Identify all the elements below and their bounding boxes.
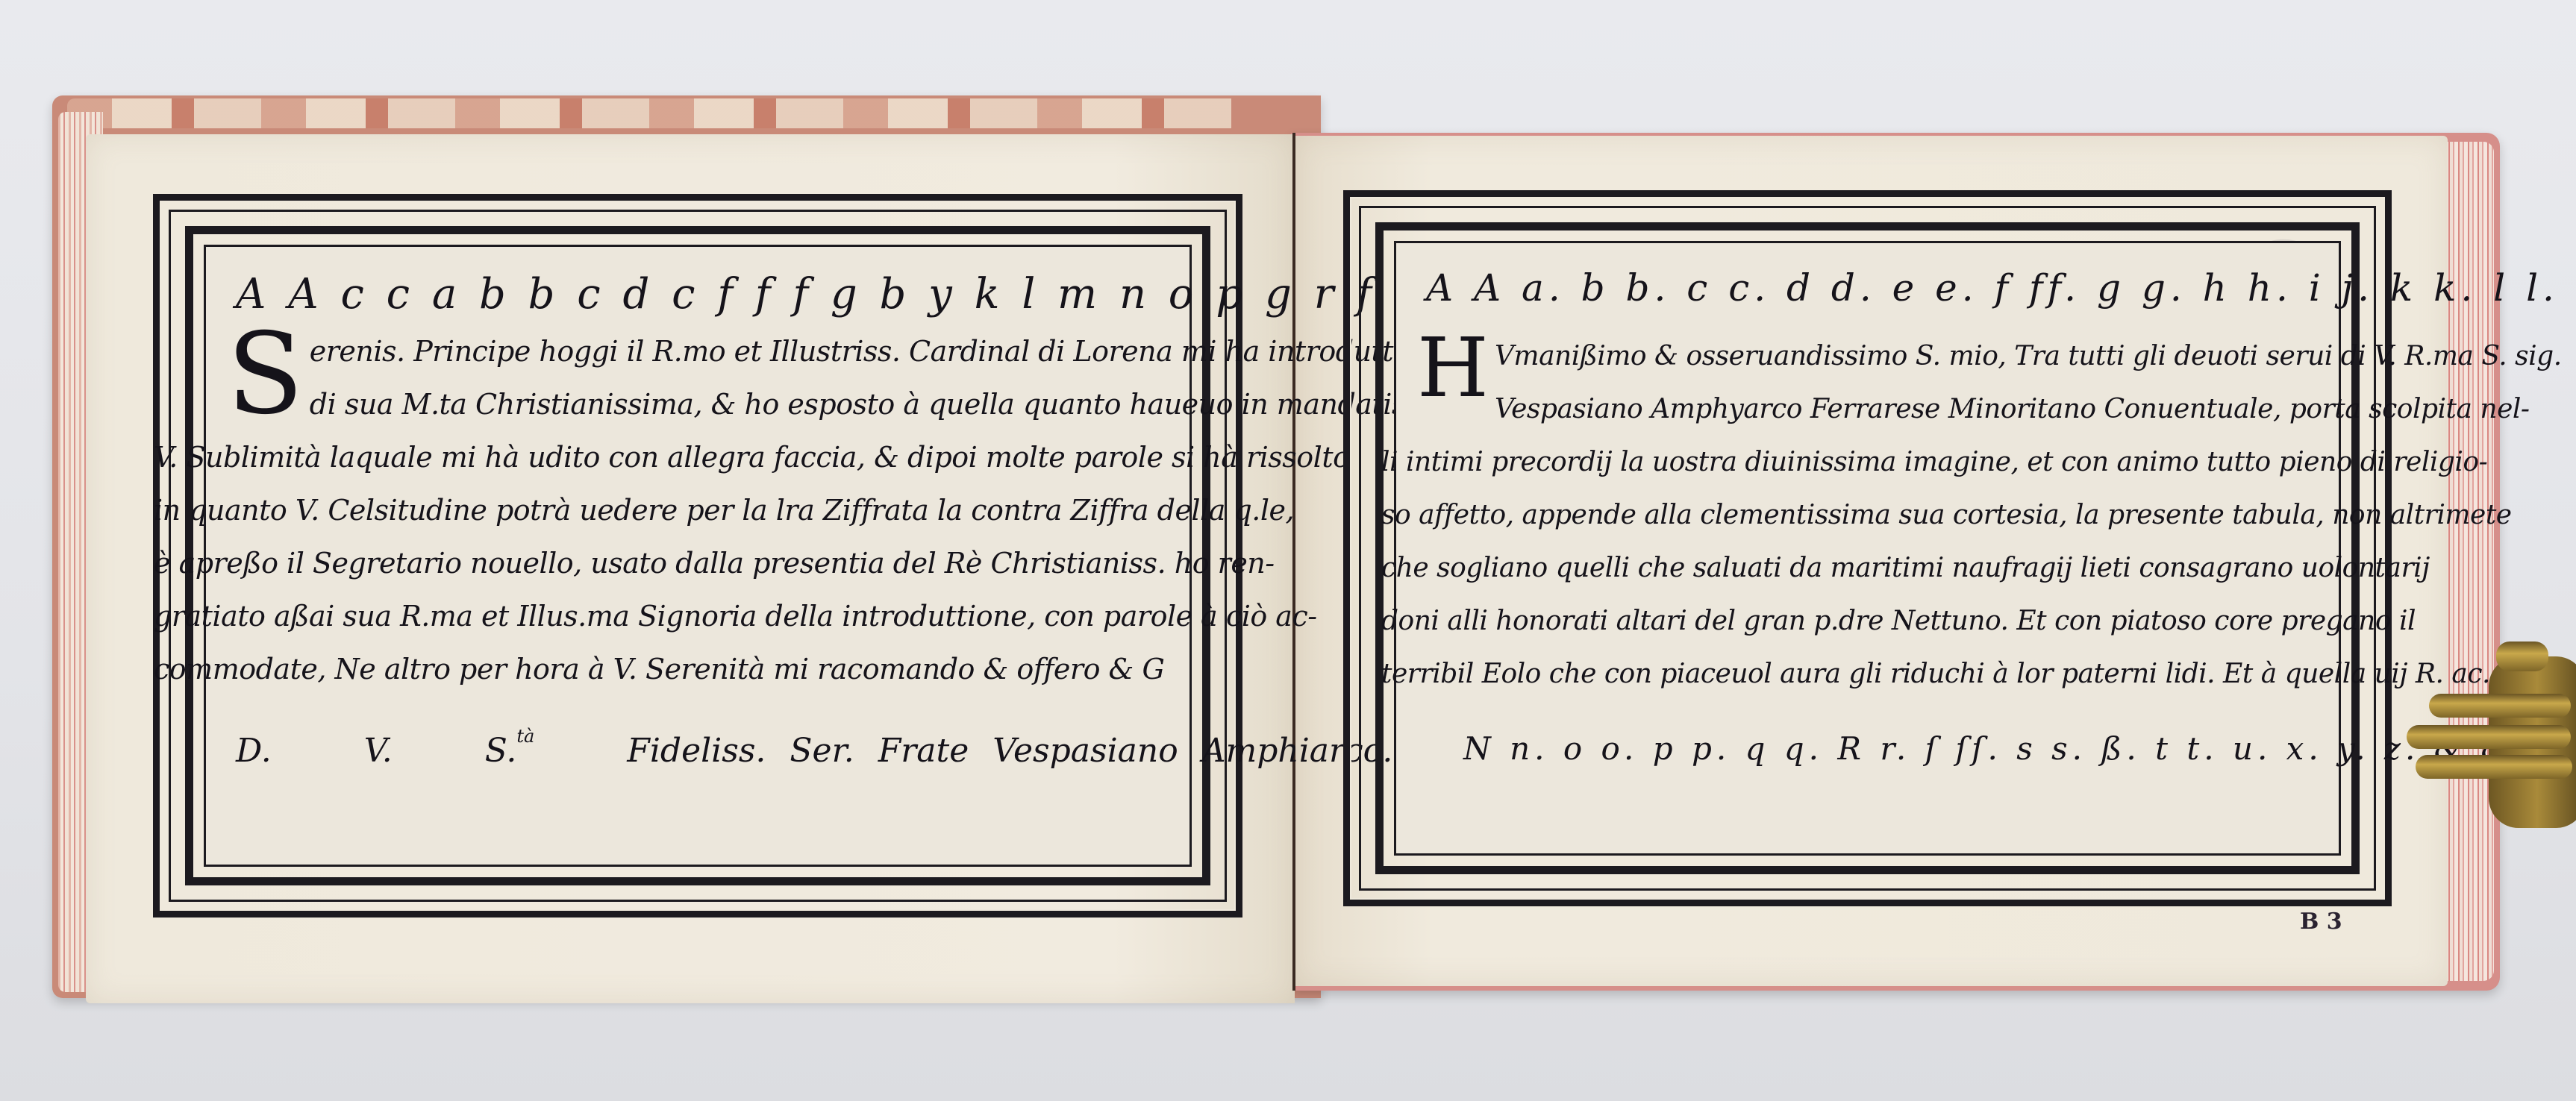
text-panel: A A a. b b. c c. d d. e e. f ff. g g. h … [1394, 241, 2341, 856]
inner-border: A A a. b b. c c. d d. e e. f ff. g g. h … [1375, 222, 2360, 874]
letter-body: H Vmanißimo & osseruandissimo S. mio, Tr… [1426, 330, 2309, 700]
drop-cap: S [227, 330, 304, 419]
book-spread: D G G A A c c a b b c d c f f f g b y k … [0, 0, 2576, 1101]
alphabet-line-top: A A a. b b. c c. d d. e e. f ff. g g. h … [1426, 266, 2309, 310]
text-line: terribil Eolo che con piaceuol aura gli … [1381, 647, 2309, 700]
signature-text: Fideliss. Ser. Frate Vespasiano Amphiarc… [627, 732, 1392, 770]
signature-mark: B 3 [2300, 909, 2342, 935]
brass-hand-clip-icon [2407, 642, 2576, 843]
text-line: è apreßo il Segretario nouello, usato da… [154, 537, 1160, 590]
drop-cap: H [1417, 334, 1489, 401]
text-line: che sogliano quelli che saluati da marit… [1381, 542, 2309, 595]
superscript: tà [516, 726, 534, 747]
text-panel: A A c c a b b c d c f f f g b y k l m n … [204, 245, 1192, 867]
initial-d: D. [236, 732, 272, 770]
text-line: Vespasiano Amphyarco Ferrarese Minoritan… [1441, 383, 2309, 436]
initial-s: S. [485, 732, 517, 770]
left-text-block: A A c c a b b c d c f f f g b y k l m n … [206, 247, 1189, 865]
signature: D. V. S.tà Fideliss. Ser. Frate Vespasia… [236, 726, 1160, 770]
text-line: Vmanißimo & osseruandissimo S. mio, Tra … [1426, 330, 2309, 383]
text-line: erenis. Principe hoggi il R.mo et Illust… [236, 325, 1160, 378]
text-line: li intimi precordij la uostra diuinissim… [1381, 436, 2309, 489]
alphabet-line-bottom: N n. o o. p p. q q. R r. ſ ſſ. s s. ß. t… [1426, 730, 2309, 768]
text-line: di sua M.ta Christianissima, & ho espost… [236, 378, 1160, 431]
alphabet-line: A A c c a b b c d c f f f g b y k l m n … [236, 269, 1160, 319]
text-line: in quanto V. Celsitudine potrà uedere pe… [154, 484, 1160, 537]
text-line: doni alli honorati altari del gran p.dre… [1381, 595, 2309, 647]
letter-body: S erenis. Principe hoggi il R.mo et Illu… [236, 325, 1160, 696]
text-line: V. Sublimità laquale mi hà udito con all… [154, 431, 1160, 484]
text-line: commodate, Ne altro per hora à V. Sereni… [154, 643, 1160, 696]
book-gutter [1292, 133, 1295, 991]
marbled-endpaper [67, 98, 1231, 128]
inner-border: A A c c a b b c d c f f f g b y k l m n … [185, 226, 1210, 885]
text-line: gratiato aßai sua R.ma et Illus.ma Signo… [154, 590, 1160, 643]
initial-v: V. [364, 732, 393, 770]
right-text-block: A A a. b b. c c. d d. e e. f ff. g g. h … [1396, 243, 2339, 853]
left-woodcut-border: A A c c a b b c d c f f f g b y k l m n … [153, 194, 1242, 917]
right-woodcut-border: A A a. b b. c c. d d. e e. f ff. g g. h … [1343, 190, 2392, 906]
text-line: so affetto, appende alla clementissima s… [1381, 489, 2309, 542]
